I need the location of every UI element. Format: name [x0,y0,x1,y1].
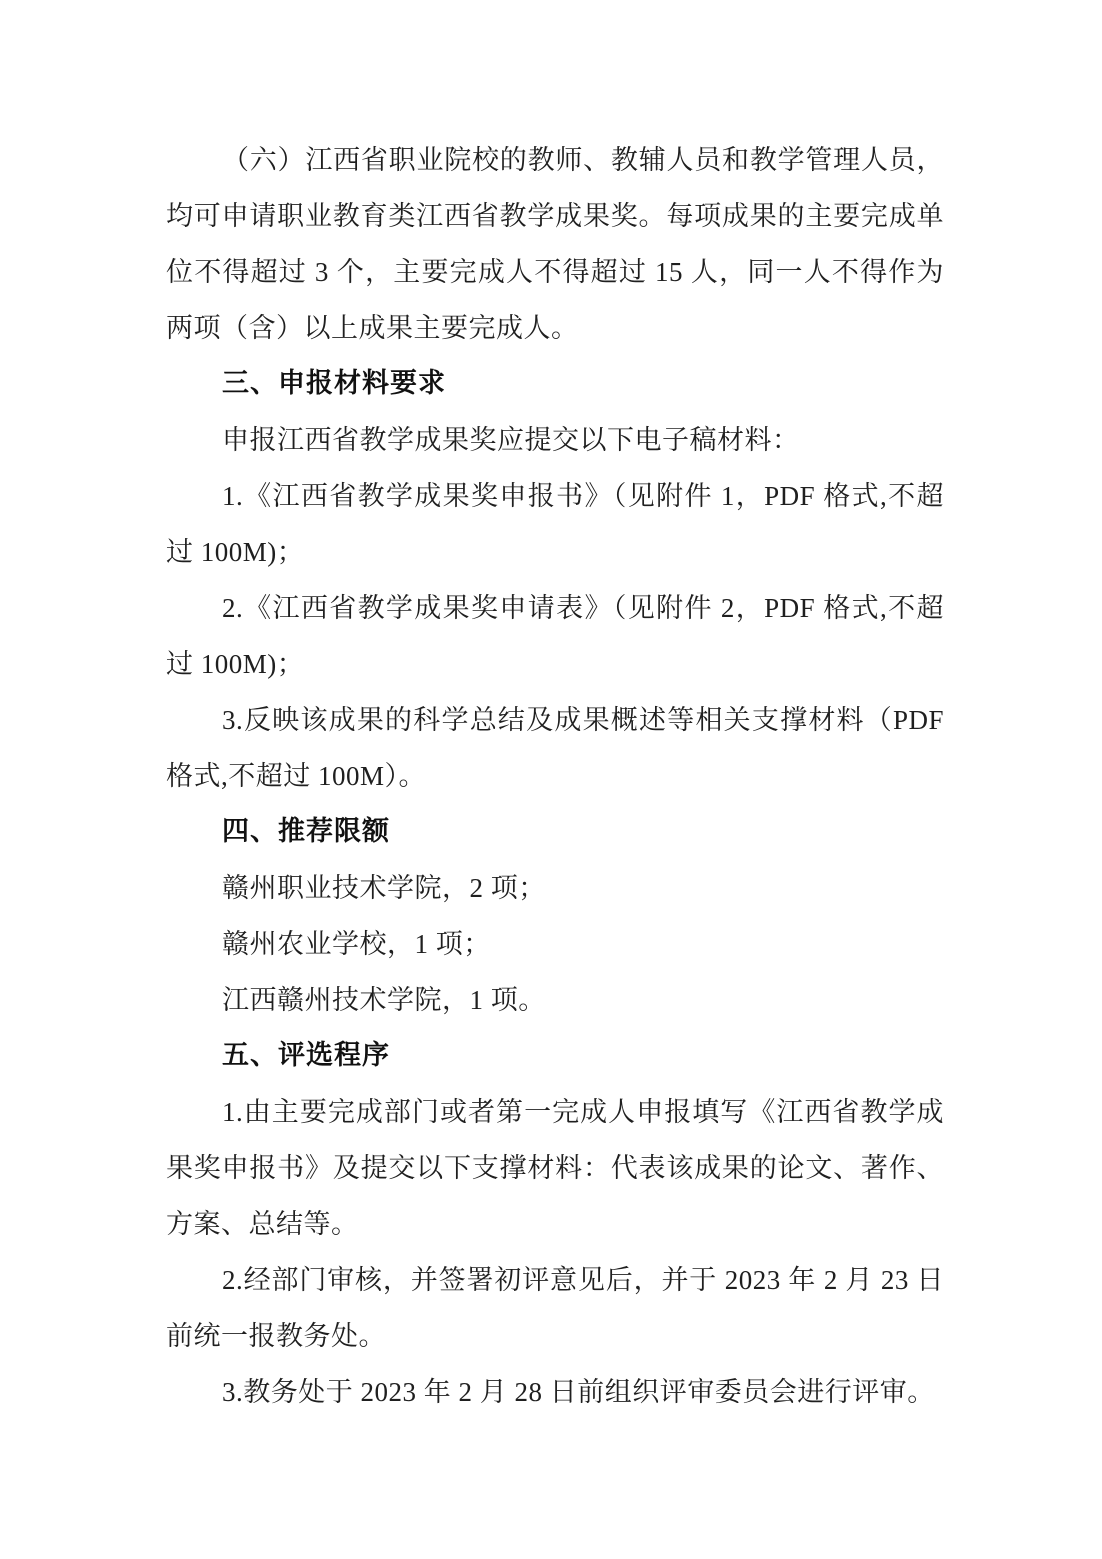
text-line: 1.由主要完成部门或者第一完成人申报填写《江西省教学成 [166,1084,944,1140]
text-line: 赣州农业学校，1 项； [166,916,944,972]
section-heading: 三、申报材料要求 [166,356,944,412]
text-line: 2.经部门审核，并签署初评意见后，并于 2023 年 2 月 23 日 [166,1252,944,1308]
text-line: （六）江西省职业院校的教师、教辅人员和教学管理人员， [166,132,944,188]
text-line: 过 100M)； [166,636,944,692]
section-heading: 四、推荐限额 [166,804,944,860]
text-line: 申报江西省教学成果奖应提交以下电子稿材料： [166,412,944,468]
document-content: （六）江西省职业院校的教师、教辅人员和教学管理人员，均可申请职业教育类江西省教学… [166,132,944,1420]
text-line: 位不得超过 3 个，主要完成人不得超过 15 人，同一人不得作为 [166,244,944,300]
text-line: 前统一报教务处。 [166,1308,944,1364]
text-line: 果奖申报书》及提交以下支撑材料：代表该成果的论文、著作、 [166,1140,944,1196]
text-line: 1.《江西省教学成果奖申报书》（见附件 1，PDF 格式,不超 [166,468,944,524]
text-line: 江西赣州技术学院，1 项。 [166,972,944,1028]
text-line: 3.反映该成果的科学总结及成果概述等相关支撑材料（PDF [166,692,944,748]
text-line: 格式,不超过 100M）。 [166,748,944,804]
text-line: 方案、总结等。 [166,1196,944,1252]
section-heading: 五、评选程序 [166,1028,944,1084]
text-line: 3.教务处于 2023 年 2 月 28 日前组织评审委员会进行评审。 [166,1364,944,1420]
document-page: （六）江西省职业院校的教师、教辅人员和教学管理人员，均可申请职业教育类江西省教学… [0,0,1102,1559]
text-line: 赣州职业技术学院，2 项； [166,860,944,916]
text-line: 均可申请职业教育类江西省教学成果奖。每项成果的主要完成单 [166,188,944,244]
text-line: 两项（含）以上成果主要完成人。 [166,300,944,356]
text-line: 过 100M)； [166,524,944,580]
text-line: 2.《江西省教学成果奖申请表》（见附件 2，PDF 格式,不超 [166,580,944,636]
